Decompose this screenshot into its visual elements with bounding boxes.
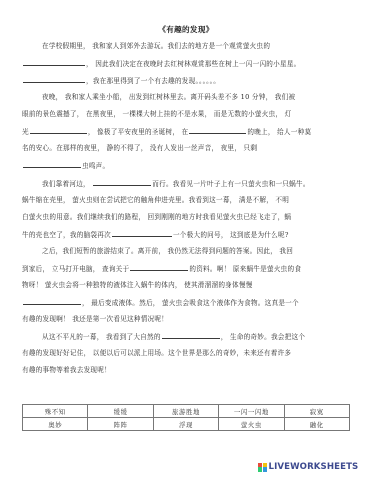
word-bank-cell: 奥妙: [23, 418, 88, 431]
word-bank-cell: 阵阵: [88, 418, 153, 431]
worksheet-page: 《有趣的发现》 在学校假期里， 我和家人到郊外去游玩。我们去的地方是一个观赏萤火…: [0, 0, 372, 480]
text-line: ， 最后变成液体。然后， 萤火虫会吸食这个液体作为食物。这真是一个: [22, 297, 354, 307]
text-line: ，我在那里得到了一个有去趣的发现。。。。。。: [22, 75, 354, 85]
text-line: ， 因此我们决定在夜晚时去红树林观赏那些在树上一闪一闪的小星星。: [22, 58, 354, 68]
blank-field-7[interactable]: [112, 229, 172, 237]
text-line: 光， 像极了平安夜里的圣诞树， 在的晚上， 给人一种莫: [22, 126, 354, 136]
word-bank-cell: 融化: [284, 418, 349, 431]
text-line: 我们靠着河边， 而行。我看见一片叶子上有一只萤火虫和一只蜗牛。: [22, 178, 372, 188]
text-line: 之后，我们短暂的旅游结束了。离开前， 我仍然无法得到问题的答案。因此， 我回: [22, 246, 372, 256]
blank-field-6[interactable]: [93, 178, 151, 186]
word-bank-cell: 旅游胜地: [153, 405, 218, 418]
worksheet-title: 《有趣的发现》: [0, 24, 372, 35]
text-line: 白萤火虫的用意。我们继续我们的路程， 回到刚刚的地方时我看见萤火虫已经飞走了，蜗: [22, 212, 354, 222]
blank-field-2[interactable]: [23, 75, 85, 83]
text-line: 夜晚， 我和家人乘坐小船， 出发到红树林里去。离开码头差不多 10 分钟， 我们…: [22, 92, 372, 102]
text-line: 有趣的发现啊！ 我还是第一次看见这种情况呢！: [22, 314, 354, 324]
text-line: 牛的壳也空了，我的脑袋再次一个极大的问号， 这到底是为什么呢?: [22, 229, 354, 239]
text-line: 名的安心。在那样的夜里， 静的不得了， 没有人发出一丝声音， 夜里， 只剩: [22, 143, 354, 153]
blank-field-1[interactable]: [23, 58, 85, 66]
text-line: 蜗牛缩在壳里， 萤火虫则在尝试把它的触角伸进壳里。我看到这一幕， 满是不解， 不…: [22, 195, 354, 205]
liveworksheets-logo-icon: [258, 463, 267, 472]
blank-field-9[interactable]: [23, 297, 81, 305]
blank-field-8[interactable]: [130, 263, 188, 271]
blank-field-4[interactable]: [189, 126, 246, 134]
word-bank-cell: 殊不知: [23, 405, 88, 418]
text-line: 有趣的事物等着我去发现呢！: [22, 365, 354, 375]
blank-field-10[interactable]: [162, 331, 220, 339]
word-bank-cell: 浮现: [153, 418, 218, 431]
text-line: 到家后， 立马打开电脑， 查询关于的资料。啊！ 原来蜗牛是萤火虫的食: [22, 263, 354, 273]
text-line: 有趣的发现好好记住， 以便以后可以派上用场。这个世界是那么的奇妙，未来还有着许多: [22, 348, 354, 358]
text-line: 虫鸣声。: [22, 160, 354, 170]
text-line: 从这不平凡的一幕， 我看到了大自然的， 生命的奇妙。我会把这个: [22, 331, 372, 341]
liveworksheets-brand: LIVEWORKSHEETS: [258, 461, 358, 473]
blank-field-5[interactable]: [23, 160, 81, 168]
brand-name: LIVEWORKSHEETS: [269, 462, 359, 472]
word-bank-cell: 萤火虫: [219, 418, 284, 431]
word-bank-cell: 一闪一闪地: [219, 405, 284, 418]
text-line: 在学校假期里， 我和家人到郊外去游玩。我们去的地方是一个观赏萤火虫的: [22, 41, 372, 51]
word-bank-cell: 寂寞: [284, 405, 349, 418]
blank-field-3[interactable]: [30, 126, 87, 134]
text-line: 眼前的景色震撼了， 在黑夜里， 一棵棵大树上挂的不是水果， 而是无数的小萤火虫，…: [22, 109, 354, 119]
word-bank-table: 殊不知 缓缓 旅游胜地 一闪一闪地 寂寞 奥妙 阵阵 浮现 萤火虫 融化: [22, 404, 350, 431]
word-bank-cell: 缓缓: [88, 405, 153, 418]
text-line: 物呀！ 萤火虫会将一种独特的液体注入蜗牛的体内， 使其滑溜溜的身体慢慢: [22, 280, 354, 290]
word-bank-row: 奥妙 阵阵 浮现 萤火虫 融化: [23, 418, 350, 431]
word-bank-row: 殊不知 缓缓 旅游胜地 一闪一闪地 寂寞: [23, 405, 350, 418]
